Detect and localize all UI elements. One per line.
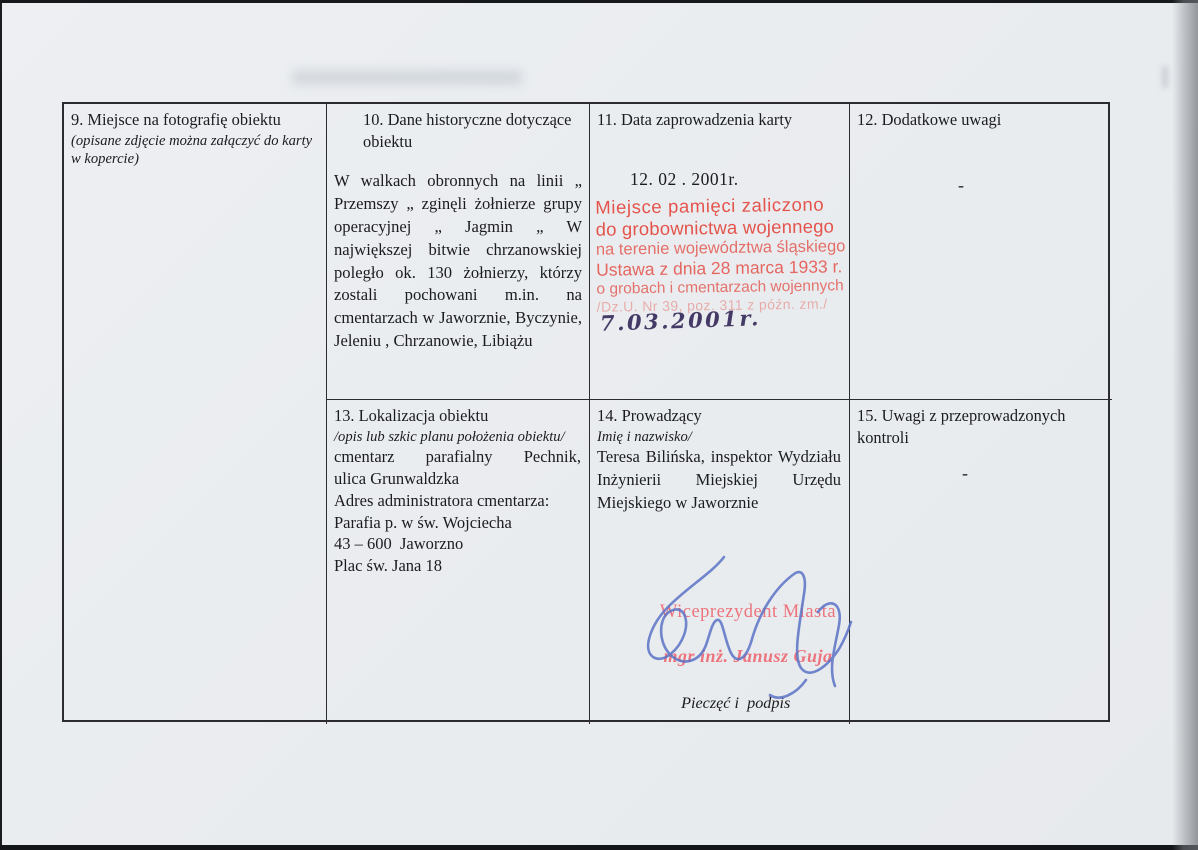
seal-signature-caption: Pieczęć i podpis Prezydenta, Burmistrza …: [590, 671, 849, 724]
stamp-office-line: Wiceprezydent Miasta: [648, 600, 848, 624]
inspection-notes-value: -: [962, 462, 968, 486]
location-line: cmentarz parafialny Pechnik,: [334, 446, 581, 468]
stamp-name-line: mgr inż. Janusz Guja: [648, 645, 848, 669]
cemetery-record-card-table: 9. Miejsce na fotografię obiektu (opisan…: [62, 102, 1110, 722]
cell-card-date: 11. Data zaprowadzenia karty 12. 02 . 20…: [590, 104, 850, 400]
cell-keeper: 14. Prowadzący Imię i nazwisko/ Teresa B…: [590, 400, 850, 724]
cell-extra-notes-title: 12. Dodatkowe uwagi: [857, 109, 1104, 131]
cell-location: 13. Lokalizacja obiektu /opis lub szkic …: [327, 400, 590, 724]
ink-bleedthrough-mark: [1162, 66, 1168, 88]
vice-president-stamp: Wiceprezydent Miasta mgr inż. Janusz Guj…: [648, 600, 848, 669]
cell-keeper-title: 14. Prowadzący: [597, 405, 841, 427]
scanned-document-page: 9. Miejsce na fotografię obiektu (opisan…: [0, 0, 1198, 850]
location-line: ulica Grunwaldzka: [334, 468, 581, 490]
cell-photo-title: 9. Miejsce na fotografię obiektu: [71, 109, 318, 131]
inspection-title-line1: 15. Uwagi z przeprowadzonych: [857, 406, 1065, 425]
cell-inspection-notes-title: 15. Uwagi z przeprowadzonych kontroli: [857, 405, 1104, 448]
cell-location-title: 13. Lokalizacja obiektu: [334, 405, 581, 427]
cell-keeper-subtitle: Imię i nazwisko/: [597, 428, 841, 447]
cell-inspection-notes: 15. Uwagi z przeprowadzonych kontroli -: [850, 400, 1112, 724]
war-graves-classification-stamp: Miejsce pamięci zaliczono do grobownictw…: [595, 193, 849, 315]
caption-line1: Pieczęć i podpis: [681, 694, 790, 712]
cell-photo-space: 9. Miejsce na fotografię obiektu (opisan…: [64, 104, 327, 724]
scan-edge-left: [0, 0, 2, 850]
location-line: Parafia p. w św. Wojciecha: [334, 512, 581, 534]
inspection-title-line2: kontroli: [857, 428, 909, 447]
location-line: Adres administratora cmentarza:: [334, 490, 581, 512]
scan-edge-bottom: [0, 845, 1198, 850]
scan-shadow-right: [1172, 0, 1198, 850]
cell-historical-data-title: 10. Dane historyczne dotyczące obiektu: [334, 109, 581, 152]
keeper-name-text: Teresa Bilińska, inspektor Wydziału Inży…: [597, 446, 841, 514]
historical-data-text: W walkach obronnych na linii „ Przemszy …: [334, 170, 582, 353]
extra-notes-value: -: [958, 174, 964, 198]
cell-card-date-title: 11. Data zaprowadzenia karty: [597, 109, 841, 131]
ink-bleedthrough-smudge: [292, 70, 522, 85]
scan-edge-top: [0, 0, 1198, 3]
cell-historical-data-title-line1: 10. Dane historyczne dotyczące: [363, 110, 571, 129]
location-line: Plac św. Jana 18: [334, 555, 581, 577]
handwritten-date: 7.03.2001r.: [600, 304, 762, 337]
location-line: 43 – 600 Jaworzno: [334, 533, 581, 555]
cell-location-subtitle: /opis lub szkic planu położenia obiektu/: [334, 428, 581, 447]
cell-photo-note: (opisane zdjęcie można załączyć do karty…: [71, 132, 318, 169]
cell-historical-data-title-line2: obiektu: [363, 132, 412, 151]
card-date-value: 12. 02 . 2001r.: [630, 168, 739, 191]
cell-extra-notes: 12. Dodatkowe uwagi -: [850, 104, 1112, 400]
cell-historical-data: 10. Dane historyczne dotyczące obiektu W…: [327, 104, 590, 400]
